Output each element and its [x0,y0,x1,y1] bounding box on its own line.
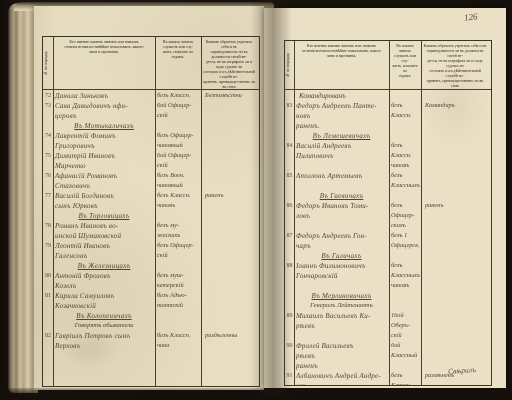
entry-note [421,311,489,341]
folio-number: 126 [464,11,478,22]
entry-rank: безъ Классн. чиновъ [389,141,421,171]
row-number: 72 [43,91,53,101]
entry-rank: 6ой Классный [389,341,421,371]
entry-name: Лаврентій Фоминъ Григоровичъ [53,131,155,151]
entry-name: Федоръ Андреевъ Гон- чаръ [294,231,389,251]
place-heading: Въ Мерлиновичахъ [294,291,389,301]
header-name-column: Кто именно какимъ чиномъ или знакомъ отл… [294,41,389,89]
table-row: 73Сава Давыдовичъ офи- церовъ6ой Офицер-… [43,101,259,121]
table-row: 82Гавріилъ Петровъ сынъ Верховъбезъ Клас… [43,331,259,351]
entry-name: Леонтій Ивановъ Галенсонъ [53,241,155,261]
row-number: 81 [43,291,53,311]
header-rank-column: Въ какихъ чинахъ служилъ или слу- житъ, … [155,37,201,89]
entry-rank: 6ой Офицер- скій [155,151,201,171]
row-number: 88 [285,261,294,291]
entry-note [421,231,489,251]
row-number: 91 [285,371,294,385]
entry-name: Кирила Самуиловъ Козачковскій [53,291,155,311]
entry-note [201,271,257,291]
table-row: 78Романъ Ивановъ во- инской Шумаковскойб… [43,221,259,241]
entry-name: Михаилъ Васильевъ Ки- рѣевъ [294,311,389,341]
place-heading-row: Въ КолопеничахъГоворятъ обыватели [43,311,259,331]
entry-name: Антоній Фроловъ Козелъ [53,271,155,291]
row-number: 78 [43,221,53,241]
table-row: 88Іоаннъ Филимоновичъ Гончаровскійбезъ К… [285,261,491,291]
entry-name: Гавріилъ Петровъ сынъ Верховъ [53,331,155,351]
table-row: 80Антоній Фроловъ Козелъбезъ муш- кетерс… [43,271,259,291]
table-header: № по порядку Кто именно какимъ чиномъ ил… [285,41,491,89]
place-heading: Въ Железницахъ [53,261,155,271]
header-conduct-column: Какимъ образомъ утратилъ себя и въ справ… [421,41,489,89]
place-heading-subtext: Генералъ Лейтенантъ [294,301,389,311]
entry-name: Афанасій Романовъ Стаховичъ [53,171,155,191]
table-row: 81Кирила Самуиловъ Козачковскійбезъ Адъю… [43,291,259,311]
entry-name: Фролей Васильевъ рѣевъ раненъ [294,341,389,371]
entry-name: Василій Андреевъ Пилиповичъ [294,141,389,171]
place-heading: Въ Гаевичахъ [294,191,389,201]
row-number: 80 [43,271,53,291]
header-number-column: № по порядку [43,37,53,89]
entry-rank: безъ Адъю- тантскій [155,291,201,311]
table-row: 79Леонтій Ивановъ Галенсонъбезъ Офицер- … [43,241,259,261]
row-number: 82 [43,331,53,351]
entry-rank: безъ Классн. [389,101,421,131]
table-header: № по порядку Кто именно какимъ чиномъ ил… [43,37,259,89]
entry-rank: безъ Классныхъ чиновъ [389,261,421,291]
entry-note: Командиръ [421,101,489,131]
entry-name: Василій Богдановъ сынъ Юрковъ [53,191,155,211]
place-heading-row: Въ Лемешевичахъ [285,131,491,141]
entry-note [421,171,489,191]
row-number: 77 [43,191,53,211]
header-conduct-column: Какимъ образомъ утратилъ себя и въ справ… [201,37,257,89]
entry-name: Данила Зиньковъ [53,91,155,101]
row-number: 76 [43,171,53,191]
entry-name: Албановичъ Андрей Андре- евъ [294,371,389,385]
place-heading: Въ Мотыкаличахъ [53,121,155,131]
table-row: 72Данила Зиньковъбезъ Классн.Безпомѣстни [43,91,259,101]
row-number: 73 [43,101,53,121]
place-heading-row: Въ Мотыкаличахъ [43,121,259,131]
entry-note [201,221,257,241]
table-row: 75Димитрій Ивановъ Марченко6ой Офицер- с… [43,151,259,171]
header-divider [43,89,259,90]
table-row: 86Федоръ Ивановъ Томи- ловъбезъ Офицер- … [285,201,491,231]
table-row: 84Василій Андреевъ Пилиповичъбезъ Классн… [285,141,491,171]
entry-rank: 16ой Оберъ- скій [389,311,421,341]
entry-rank: безъ Офицер- скій [155,241,201,261]
row-number: 83 [285,101,294,131]
book-bottom-shadow [0,388,512,400]
continuation-line: Командированъ [285,91,491,101]
header-number-column: № по порядку [285,41,294,89]
entry-rank: безъ Классн. ровскихъ [389,371,421,385]
entry-name: Димитрій Ивановъ Марченко [53,151,155,171]
entry-name: Аполлонъ Артемьевъ [294,171,389,191]
place-heading-row: Въ Торговицахъ [43,211,259,221]
row-number: 87 [285,231,294,251]
entry-rank: безъ Классныхъ [389,171,421,191]
entry-note: раненъ [201,191,257,211]
entry-name: Сава Давыдовичъ офи- церовъ [53,101,155,121]
place-heading-row: Въ МерлиновичахъГенералъ Лейтенантъ [285,291,491,311]
row-number: 74 [43,131,53,151]
place-heading-row: Въ Гаевичахъ [285,191,491,201]
table-row: 76Афанасій Романовъ Стаховичъбезъ Воен. … [43,171,259,191]
entry-rank: безъ Офицер- чиновный [155,131,201,151]
entry-rank: безъ Классн. [155,91,201,101]
entry-rank: безъ му- жескихъ [155,221,201,241]
entry-note [201,241,257,261]
row-number: 75 [43,151,53,171]
table-row: 89Михаилъ Васильевъ Ки- рѣевъ16ой Оберъ-… [285,311,491,341]
row-number: 90 [285,341,294,371]
verification-catchword: Свѣрилъ [448,365,476,376]
entry-rank: безъ Воен. чиновный [155,171,201,191]
row-number: 79 [43,241,53,261]
table-row: 85Аполлонъ Артемьевъбезъ Классныхъ [285,171,491,191]
entry-note [201,131,257,151]
entry-rank: безъ Классн. чиновъ [155,191,201,211]
entry-rank: безъ Классн. чина [155,331,201,351]
entry-note [421,261,489,291]
entry-note [421,141,489,171]
left-register-table: № по порядку Кто именно какимъ чиномъ ил… [42,36,260,387]
table-row: 87Федоръ Андреевъ Гон- чаръбезъ 1 Офицер… [285,231,491,251]
entry-note [201,291,257,311]
row-number: 89 [285,311,294,341]
entry-note [201,171,257,191]
header-name-column: Кто именно какимъ чиномъ или знакомъ отл… [53,37,155,89]
row-number: 84 [285,141,294,171]
place-heading-row: Въ Железницахъ [43,261,259,271]
entry-name: Федоръ Андреевъ Панте- новъ раненъ. [294,101,389,131]
right-table-body: Командированъ83Федоръ Андреевъ Панте- но… [285,91,491,385]
entry-rank: безъ 1 Офицерск. [389,231,421,251]
entry-note: раненъ [421,201,489,231]
place-heading: Въ Торговицахъ [53,211,155,221]
entry-name: Іоаннъ Филимоновичъ Гончаровскій [294,261,389,291]
entry-rank: безъ Офицер- скихъ [389,201,421,231]
header-rank-column: Въ какихъ чинахъ служилъ или слу- житъ, … [389,41,421,89]
place-heading: Въ Колопеничахъ [53,311,155,321]
entry-rank: безъ муш- кетерскій [155,271,201,291]
header-divider [285,89,491,90]
place-heading-subtext: Говорятъ обыватели [53,321,155,331]
place-heading: Въ Лемешевичахъ [294,131,389,141]
entry-note [201,151,257,171]
row-number: 86 [285,201,294,231]
table-row: 74Лаврентій Фоминъ Григоровичъбезъ Офице… [43,131,259,151]
table-row: 77Василій Богдановъ сынъ Юрковъбезъ Клас… [43,191,259,211]
place-heading-row: Въ Галичахъ [285,251,491,261]
right-register-table: № по порядку Кто именно какимъ чиномъ ил… [284,40,492,386]
entry-note: Безпомѣстни [201,91,257,101]
entry-rank: 6ой Офицер- скій [155,101,201,121]
entry-note: раздѣленны [201,331,257,351]
entry-name: Романъ Ивановъ во- инской Шумаковской [53,221,155,241]
entry-name: Федоръ Ивановъ Томи- ловъ [294,201,389,231]
left-table-body: 72Данила Зиньковъбезъ Классн.Безпомѣстни… [43,91,259,386]
row-number: 85 [285,171,294,191]
entry-note [201,101,257,121]
table-row: 83Федоръ Андреевъ Панте- новъ раненъ.без… [285,101,491,131]
place-heading: Въ Галичахъ [294,251,389,261]
